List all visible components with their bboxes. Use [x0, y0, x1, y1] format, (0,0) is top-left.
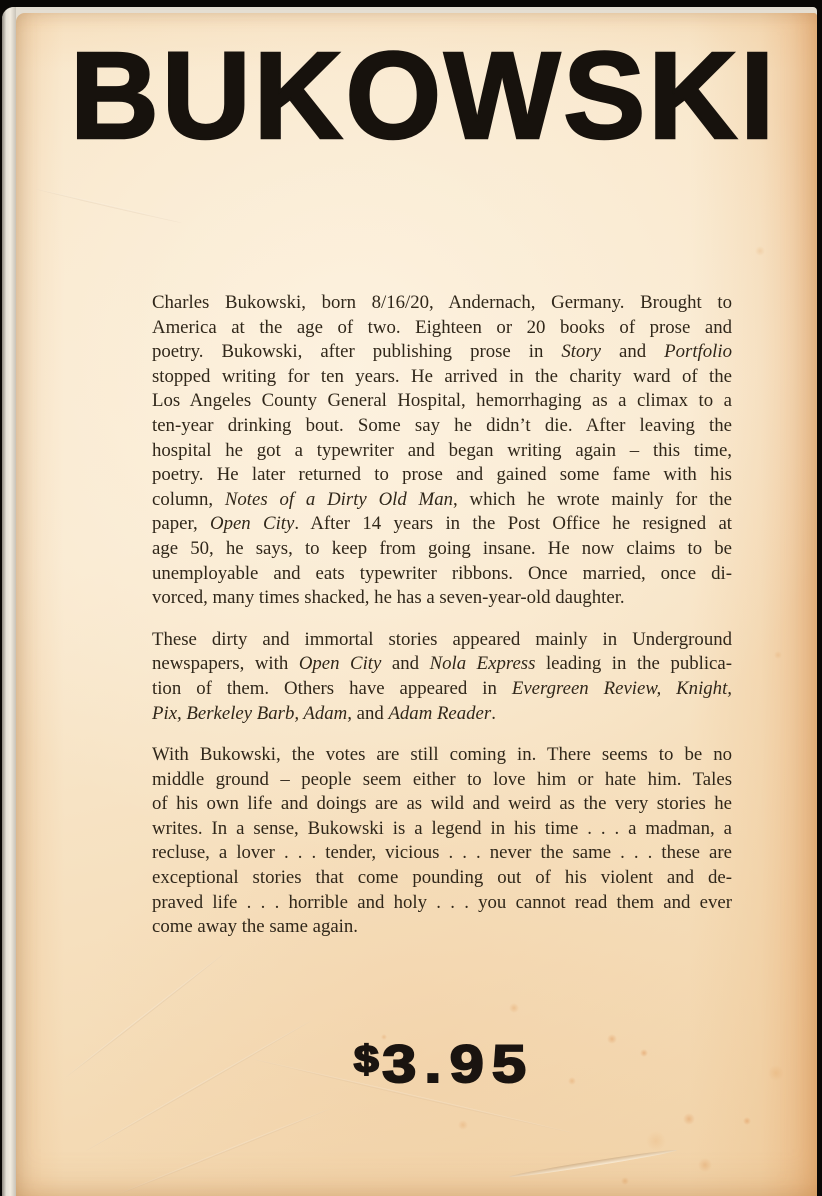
- text-line: unemployable and eats typewriter ribbons…: [152, 562, 732, 587]
- paperback-book: BUKOWSKI Charles Bukowski, born 8/16/20,…: [2, 7, 817, 1196]
- text-line: vorced, many times shacked, he has a sev…: [152, 586, 732, 611]
- text-line: With Bukowski, the votes are still comin…: [152, 743, 732, 768]
- text-line: Charles Bukowski, born 8/16/20, Andernac…: [152, 291, 732, 316]
- text-line: America at the age of two. Eighteen or 2…: [152, 316, 732, 341]
- crease-line: [116, 1108, 330, 1196]
- text-line: praved life . . . horrible and holy . . …: [152, 891, 732, 916]
- text-line: Pix, Berkeley Barb, Adam, and Adam Reade…: [152, 702, 732, 727]
- text-line: poetry. Bukowski, after publishing prose…: [152, 340, 732, 365]
- text-line: come away the same again.: [152, 915, 732, 940]
- text-line: hospital he got a typewriter and began w…: [152, 439, 732, 464]
- text-line: newspapers, with Open City and Nola Expr…: [152, 652, 732, 677]
- text-line: paper, Open City. After 14 years in the …: [152, 512, 732, 537]
- text-line: exceptional stories that come pounding o…: [152, 866, 732, 891]
- back-cover: BUKOWSKI Charles Bukowski, born 8/16/20,…: [16, 13, 817, 1196]
- page-block-edge: [2, 7, 16, 1196]
- text-line: age 50, he says, to keep from going insa…: [152, 537, 732, 562]
- text-line: Los Angeles County General Hospital, hem…: [152, 389, 732, 414]
- crease-line: [85, 1020, 311, 1152]
- crease-line: [65, 954, 224, 1079]
- text-line: recluse, a lover . . . tender, vicious .…: [152, 841, 732, 866]
- text-line: column, Notes of a Dirty Old Man, which …: [152, 488, 732, 513]
- text-line: These dirty and immortal stories appeare…: [152, 628, 732, 653]
- price-amount: 3.95: [382, 1035, 534, 1094]
- crease-line: [509, 1148, 678, 1180]
- text-line: poetry. He later returned to prose and g…: [152, 463, 732, 488]
- text-line: of his own life and doings are as wild a…: [152, 792, 732, 817]
- text-line: ten-year drinking bout. Some say he didn…: [152, 414, 732, 439]
- book-photo-backdrop: BUKOWSKI Charles Bukowski, born 8/16/20,…: [0, 0, 822, 1196]
- paragraph: These dirty and immortal stories appeare…: [152, 628, 732, 726]
- text-line: tion of them. Others have appeared in Ev…: [152, 677, 732, 702]
- paragraph: With Bukowski, the votes are still comin…: [152, 743, 732, 940]
- paragraph: Charles Bukowski, born 8/16/20, Andernac…: [152, 291, 732, 611]
- text-line: middle ground – people seem either to lo…: [152, 768, 732, 793]
- book-title: BUKOWSKI: [70, 35, 777, 158]
- text-line: stopped writing for ten years. He arrive…: [152, 365, 732, 390]
- price-label: $3.95: [354, 1034, 534, 1095]
- crease-line: [36, 188, 183, 224]
- back-cover-blurb: Charles Bukowski, born 8/16/20, Andernac…: [152, 291, 732, 957]
- dollar-sign: $: [354, 1038, 379, 1081]
- text-line: writes. In a sense, Bukowski is a legend…: [152, 817, 732, 842]
